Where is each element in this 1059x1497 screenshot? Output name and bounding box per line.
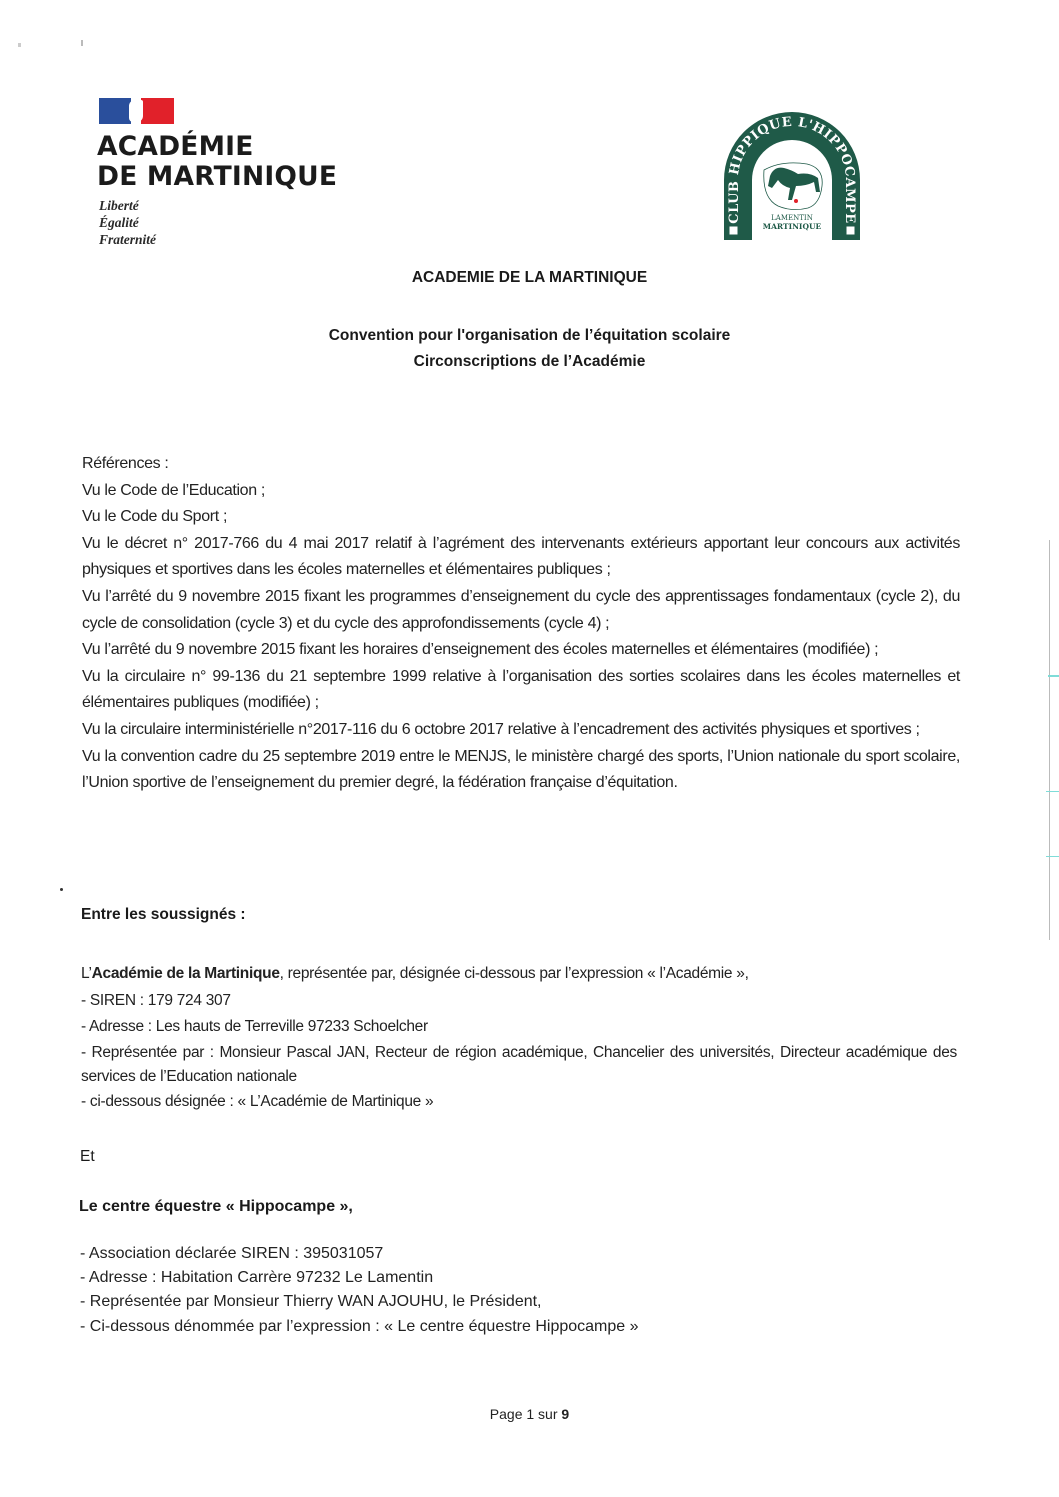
academy-intro-prefix: L’ [81, 965, 92, 982]
academy-represented-by: - Représentée par : Monsieur Pascal JAN,… [81, 1041, 957, 1089]
institution-name-line1: ACADÉMIE [97, 132, 337, 162]
reference-item: Vu l’arrêté du 9 novembre 2015 fixant le… [82, 584, 960, 637]
convention-title: Convention pour l'organisation de l’équi… [0, 323, 1059, 375]
republic-motto: Liberté Égalité Fraternité [99, 197, 156, 248]
horseshoe-logo-icon: CLUB HIPPIQUE L'HIPPOCAMPE LAMENTIN MART… [712, 108, 872, 248]
scan-edge-line [1049, 540, 1050, 940]
reference-item: Vu le décret n° 2017-766 du 4 mai 2017 r… [82, 531, 960, 584]
institution-name: ACADÉMIE DE MARTINIQUE [97, 132, 337, 192]
flag-red-stripe [141, 98, 174, 124]
scan-tick [1046, 856, 1059, 857]
marianne-flag-logo [99, 98, 174, 124]
references-heading: Références : [82, 451, 960, 478]
reference-item: Vu la circulaire n° 99-136 du 21 septemb… [82, 664, 960, 717]
academy-party-block: L’Académie de la Martinique, représentée… [81, 961, 957, 1115]
scan-mark [18, 43, 21, 47]
scan-tick [1048, 675, 1059, 677]
academy-address: - Adresse : Les hauts de Terreville 9723… [81, 1014, 957, 1041]
motto-fraternite: Fraternité [99, 231, 156, 248]
academy-intro-rest: , représentée par, désignée ci-dessous p… [280, 965, 749, 982]
convention-title-line2: Circonscriptions de l’Académie [0, 349, 1059, 375]
convention-title-line1: Convention pour l'organisation de l’équi… [0, 323, 1059, 349]
svg-text:MARTINIQUE: MARTINIQUE [763, 222, 822, 231]
motto-egalite: Égalité [99, 214, 156, 231]
flag-blue-stripe [99, 98, 131, 124]
academy-intro-name: Académie de la Martinique [92, 965, 280, 982]
reference-item: Vu le Code du Sport ; [82, 504, 960, 531]
centre-designation: - Ci-dessous dénommée par l’expression :… [80, 1315, 639, 1339]
reference-item: Vu la convention cadre du 25 septembre 2… [82, 744, 960, 797]
scan-speck [60, 888, 63, 891]
centre-party-block: - Association déclarée SIREN : 395031057… [80, 1242, 639, 1339]
page-total: 9 [561, 1406, 569, 1422]
reference-item: Vu l’arrêté du 9 novembre 2015 fixant le… [82, 637, 960, 664]
centre-equestre-title: Le centre équestre « Hippocampe », [79, 1198, 353, 1216]
parties-heading: Entre les soussignés : [81, 906, 246, 924]
svg-text:LAMENTIN: LAMENTIN [771, 214, 813, 222]
conjunction-et: Et [80, 1148, 95, 1166]
scan-tick [1046, 791, 1059, 792]
centre-siren: - Association déclarée SIREN : 395031057 [80, 1242, 639, 1266]
academy-designation: - ci-dessous désignée : « L’Académie de … [81, 1089, 957, 1116]
page-number: Page 1 sur 9 [0, 1406, 1059, 1422]
club-hippique-logo: CLUB HIPPIQUE L'HIPPOCAMPE LAMENTIN MART… [712, 108, 872, 248]
reference-item: Vu la circulaire interministérielle n°20… [82, 717, 960, 744]
marianne-profile-icon [129, 100, 143, 122]
academy-intro: L’Académie de la Martinique, représentée… [81, 961, 957, 988]
academy-siren: - SIREN : 179 724 307 [81, 988, 957, 1015]
institution-name-line2: DE MARTINIQUE [97, 162, 337, 192]
reference-item: Vu le Code de l’Education ; [82, 478, 960, 505]
centre-address: - Adresse : Habitation Carrère 97232 Le … [80, 1266, 639, 1290]
references-section: Références : Vu le Code de l’Education ;… [82, 451, 960, 797]
scan-mark [81, 40, 83, 46]
motto-liberte: Liberté [99, 197, 156, 214]
page-number-prefix: Page 1 sur [490, 1406, 562, 1422]
document-heading: ACADEMIE DE LA MARTINIQUE [0, 269, 1059, 287]
centre-represented-by: - Représentée par Monsieur Thierry WAN A… [80, 1290, 639, 1314]
